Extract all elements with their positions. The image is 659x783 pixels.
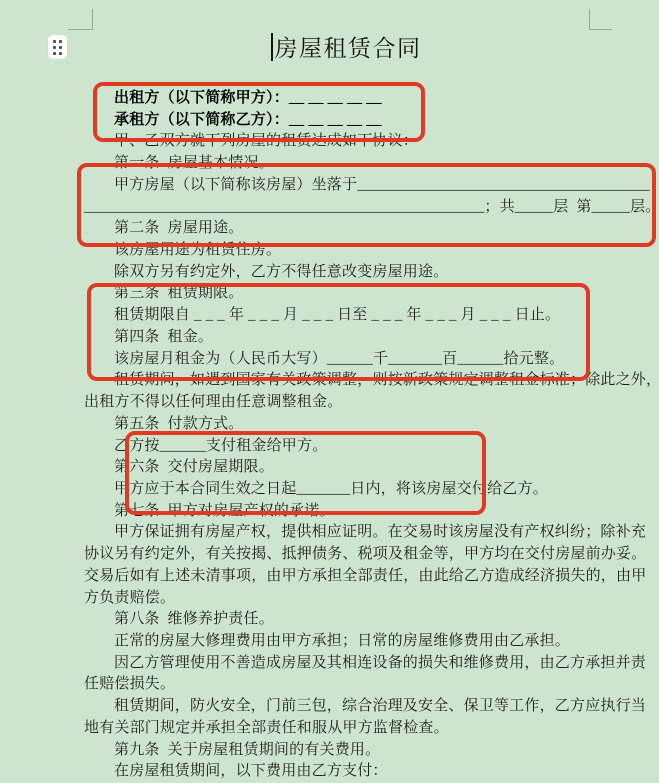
- doc-line: 地有关部门规定并承担全部责任和服从甲方监督检查。: [84, 718, 650, 740]
- annotation-box-clause3-4: [87, 283, 590, 381]
- crop-mark-top-right-icon: [589, 9, 590, 30]
- annotation-box-clause5-6: [125, 431, 486, 515]
- doc-line: 任赔偿损失。: [84, 674, 650, 696]
- crop-mark-top-left-icon: [92, 9, 93, 30]
- document-title[interactable]: 房屋租赁合同: [275, 30, 422, 63]
- title-row: 房屋租赁合同: [271, 30, 422, 63]
- doc-line: 出租方不得以任何理由任意调整租金。: [84, 392, 650, 414]
- doc-line: 除双方另有约定外，乙方不得任意改变房屋用途。: [84, 262, 650, 284]
- doc-line: 第八条 维修养护责任。: [84, 609, 650, 631]
- doc-line: 甲方保证拥有房屋产权，提供相应证明。在交易时该房屋没有产权纠纷；除补充: [84, 522, 650, 544]
- doc-line: 租赁期间，防火安全，门前三包，综合治理及安全、保卫等工作，乙方应执行当: [84, 696, 650, 718]
- text-cursor-icon: [271, 33, 273, 61]
- drag-handle-icon[interactable]: [48, 35, 67, 59]
- doc-line: 正常的房屋大修理费用由甲方承担；日常的房屋维修费用由乙承担。: [84, 631, 650, 653]
- annotation-box-clause1-2: [77, 163, 656, 247]
- document-page: 房屋租赁合同 出租方（以下简称甲方）：__ __ __ __ __ 承租方（以下…: [0, 0, 659, 783]
- doc-line: 在房屋租赁期间，以下费用由乙方支付：: [84, 761, 650, 783]
- crop-mark-top-right-icon: [589, 29, 612, 30]
- doc-line: 方负责赔偿。: [84, 588, 650, 610]
- doc-line: 交易后如有上述未清事项，由甲方承担全部责任，由此给乙方造成经济损失的，由甲: [84, 566, 650, 588]
- doc-line: 协议另有约定外，有关按揭、抵押债务、税项及租金等，甲方均在交付房屋前办妥。: [84, 544, 650, 566]
- doc-line: 第九条 关于房屋租赁期间的有关费用。: [84, 740, 650, 762]
- doc-line: 因乙方管理使用不善造成房屋及其相连设备的损失和维修费用，由乙方承担并责: [84, 653, 650, 675]
- annotation-box-parties: [93, 82, 425, 142]
- crop-mark-top-left-icon: [68, 29, 93, 30]
